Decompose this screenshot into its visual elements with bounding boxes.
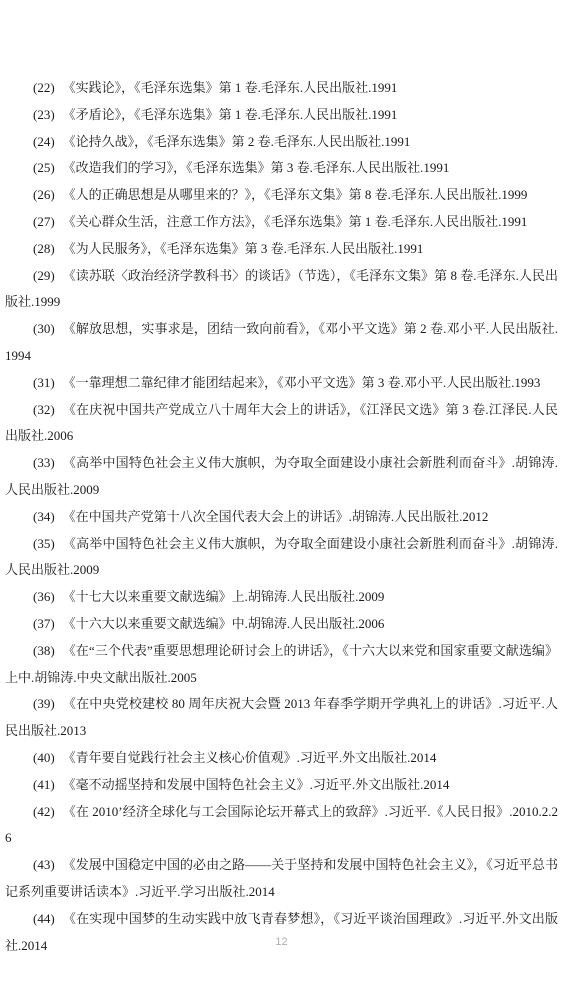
reference-entry: (24)《论持久战》，《毛泽东选集》第 2 卷.毛泽东.人民出版社.1991 [5, 129, 558, 156]
entry-number: (37) [33, 616, 63, 631]
entry-number: (23) [33, 107, 63, 122]
entry-text: 《人的正确思想是从哪里来的？》，《毛泽东文集》第 8 卷.毛泽东.人民出版社.1… [63, 187, 528, 202]
entry-text: 《高举中国特色社会主义伟大旗帜，为夺取全面建设小康社会新胜利而奋斗》.胡锦涛.人… [5, 536, 558, 578]
entry-text: 《改造我们的学习》，《毛泽东选集》第 3 卷.毛泽东.人民出版社.1991 [63, 160, 450, 175]
entry-number: (24) [33, 134, 63, 149]
reference-entry: (41)《毫不动摇坚持和发展中国特色社会主义》.习近平.外文出版社.2014 [5, 772, 558, 799]
reference-entry: (22)《实践论》，《毛泽东选集》第 1 卷.毛泽东.人民出版社.1991 [5, 75, 558, 102]
entry-number: (33) [33, 455, 63, 470]
entry-text: 《十六大以来重要文献选编》中.胡锦涛.人民出版社.2006 [63, 616, 385, 631]
reference-entry: (30)《解放思想，实事求是，团结一致向前看》，《邓小平文选》第 2 卷.邓小平… [5, 316, 558, 370]
entry-number: (31) [33, 375, 63, 390]
reference-entry: (31)《一靠理想二靠纪律才能团结起来》，《邓小平文选》第 3 卷.邓小平.人民… [5, 370, 558, 397]
entry-number: (26) [33, 187, 63, 202]
entry-text: 《十七大以来重要文献选编》上.胡锦涛.人民出版社.2009 [63, 589, 385, 604]
reference-entry: (32)《在庆祝中国共产党成立八十周年大会上的讲话》，《江泽民文选》第 3 卷.… [5, 397, 558, 451]
entry-number: (44) [33, 911, 63, 926]
entry-number: (25) [33, 160, 63, 175]
entry-text: 《高举中国特色社会主义伟大旗帜，为夺取全面建设小康社会新胜利而奋斗》.胡锦涛.人… [5, 455, 558, 497]
reference-entry: (23)《矛盾论》，《毛泽东选集》第 1 卷.毛泽东.人民出版社.1991 [5, 102, 558, 129]
reference-entry: (42)《在 2010’经济全球化与工会国际论坛开幕式上的致辞》.习近平.《人民… [5, 799, 558, 853]
entry-text: 《论持久战》，《毛泽东选集》第 2 卷.毛泽东.人民出版社.1991 [63, 134, 411, 149]
entry-number: (42) [33, 804, 63, 819]
entry-number: (34) [33, 509, 63, 524]
entry-number: (27) [33, 214, 63, 229]
entry-text: 《在中国共产党第十八次全国代表大会上的讲话》.胡锦涛.人民出版社.2012 [63, 509, 489, 524]
reference-entry: (36)《十七大以来重要文献选编》上.胡锦涛.人民出版社.2009 [5, 584, 558, 611]
entry-text: 《为人民服务》，《毛泽东选集》第 3 卷.毛泽东.人民出版社.1991 [63, 241, 424, 256]
reference-entry: (43)《发展中国稳定中国的必由之路——关于坚持和发展中国特色社会主义》，《习近… [5, 852, 558, 906]
entry-text: 《矛盾论》，《毛泽东选集》第 1 卷.毛泽东.人民出版社.1991 [63, 107, 398, 122]
entry-number: (32) [33, 402, 63, 417]
entry-number: (30) [33, 321, 63, 336]
reference-entry: (34)《在中国共产党第十八次全国代表大会上的讲话》.胡锦涛.人民出版社.201… [5, 504, 558, 531]
page-number: 12 [275, 936, 287, 948]
entry-text: 《青年要自觉践行社会主义核心价值观》.习近平.外文出版社.2014 [63, 750, 437, 765]
page-footer: 12 [0, 932, 563, 950]
entry-number: (28) [33, 241, 63, 256]
entry-text: 《一靠理想二靠纪律才能团结起来》，《邓小平文选》第 3 卷.邓小平.人民出版社.… [63, 375, 541, 390]
entry-text: 《关心群众生活，注意工作方法》，《毛泽东选集》第 1 卷.毛泽东.人民出版社.1… [63, 214, 528, 229]
entry-text: 《在庆祝中国共产党成立八十周年大会上的讲话》，《江泽民文选》第 3 卷.江泽民.… [5, 402, 558, 444]
reference-entry: (40)《青年要自觉践行社会主义核心价值观》.习近平.外文出版社.2014 [5, 745, 558, 772]
entry-number: (29) [33, 268, 63, 283]
document-page: (22)《实践论》，《毛泽东选集》第 1 卷.毛泽东.人民出版社.1991 (2… [0, 0, 563, 1000]
entry-number: (39) [33, 696, 63, 711]
entry-number: (36) [33, 589, 63, 604]
entry-text: 《在“三个代表”重要思想理论研讨会上的讲话》，《十六大以来党和国家重要文献选编》… [5, 643, 558, 685]
reference-entry: (37)《十六大以来重要文献选编》中.胡锦涛.人民出版社.2006 [5, 611, 558, 638]
entry-text: 《在 2010’经济全球化与工会国际论坛开幕式上的致辞》.习近平.《人民日报》.… [5, 804, 558, 846]
entry-text: 《发展中国稳定中国的必由之路——关于坚持和发展中国特色社会主义》，《习近平总书记… [5, 857, 558, 899]
entry-number: (40) [33, 750, 63, 765]
reference-entry: (28)《为人民服务》，《毛泽东选集》第 3 卷.毛泽东.人民出版社.1991 [5, 236, 558, 263]
entry-number: (38) [33, 643, 63, 658]
entry-number: (35) [33, 536, 63, 551]
entry-text: 《实践论》，《毛泽东选集》第 1 卷.毛泽东.人民出版社.1991 [63, 80, 398, 95]
entry-number: (43) [33, 857, 63, 872]
reference-entry: (25)《改造我们的学习》，《毛泽东选集》第 3 卷.毛泽东.人民出版社.199… [5, 155, 558, 182]
entry-text: 《在中央党校建校 80 周年庆祝大会暨 2013 年春季学期开学典礼上的讲话》.… [5, 696, 558, 738]
entry-number: (22) [33, 80, 63, 95]
reference-entry: (33)《高举中国特色社会主义伟大旗帜，为夺取全面建设小康社会新胜利而奋斗》.胡… [5, 450, 558, 504]
reference-entry: (39)《在中央党校建校 80 周年庆祝大会暨 2013 年春季学期开学典礼上的… [5, 691, 558, 745]
entry-text: 《读苏联〈政治经济学教科书〉的谈话》（节选），《毛泽东文集》第 8 卷.毛泽东.… [5, 268, 558, 310]
entry-text: 《解放思想，实事求是，团结一致向前看》，《邓小平文选》第 2 卷.邓小平.人民出… [5, 321, 558, 363]
reference-entry: (26)《人的正确思想是从哪里来的？》，《毛泽东文集》第 8 卷.毛泽东.人民出… [5, 182, 558, 209]
entry-text: 《毫不动摇坚持和发展中国特色社会主义》.习近平.外文出版社.2014 [63, 777, 450, 792]
reference-entry: (29)《读苏联〈政治经济学教科书〉的谈话》（节选），《毛泽东文集》第 8 卷.… [5, 263, 558, 317]
entry-number: (41) [33, 777, 63, 792]
reference-list: (22)《实践论》，《毛泽东选集》第 1 卷.毛泽东.人民出版社.1991 (2… [5, 75, 558, 959]
reference-entry: (38)《在“三个代表”重要思想理论研讨会上的讲话》，《十六大以来党和国家重要文… [5, 638, 558, 692]
reference-entry: (27)《关心群众生活，注意工作方法》，《毛泽东选集》第 1 卷.毛泽东.人民出… [5, 209, 558, 236]
reference-entry: (35)《高举中国特色社会主义伟大旗帜，为夺取全面建设小康社会新胜利而奋斗》.胡… [5, 531, 558, 585]
